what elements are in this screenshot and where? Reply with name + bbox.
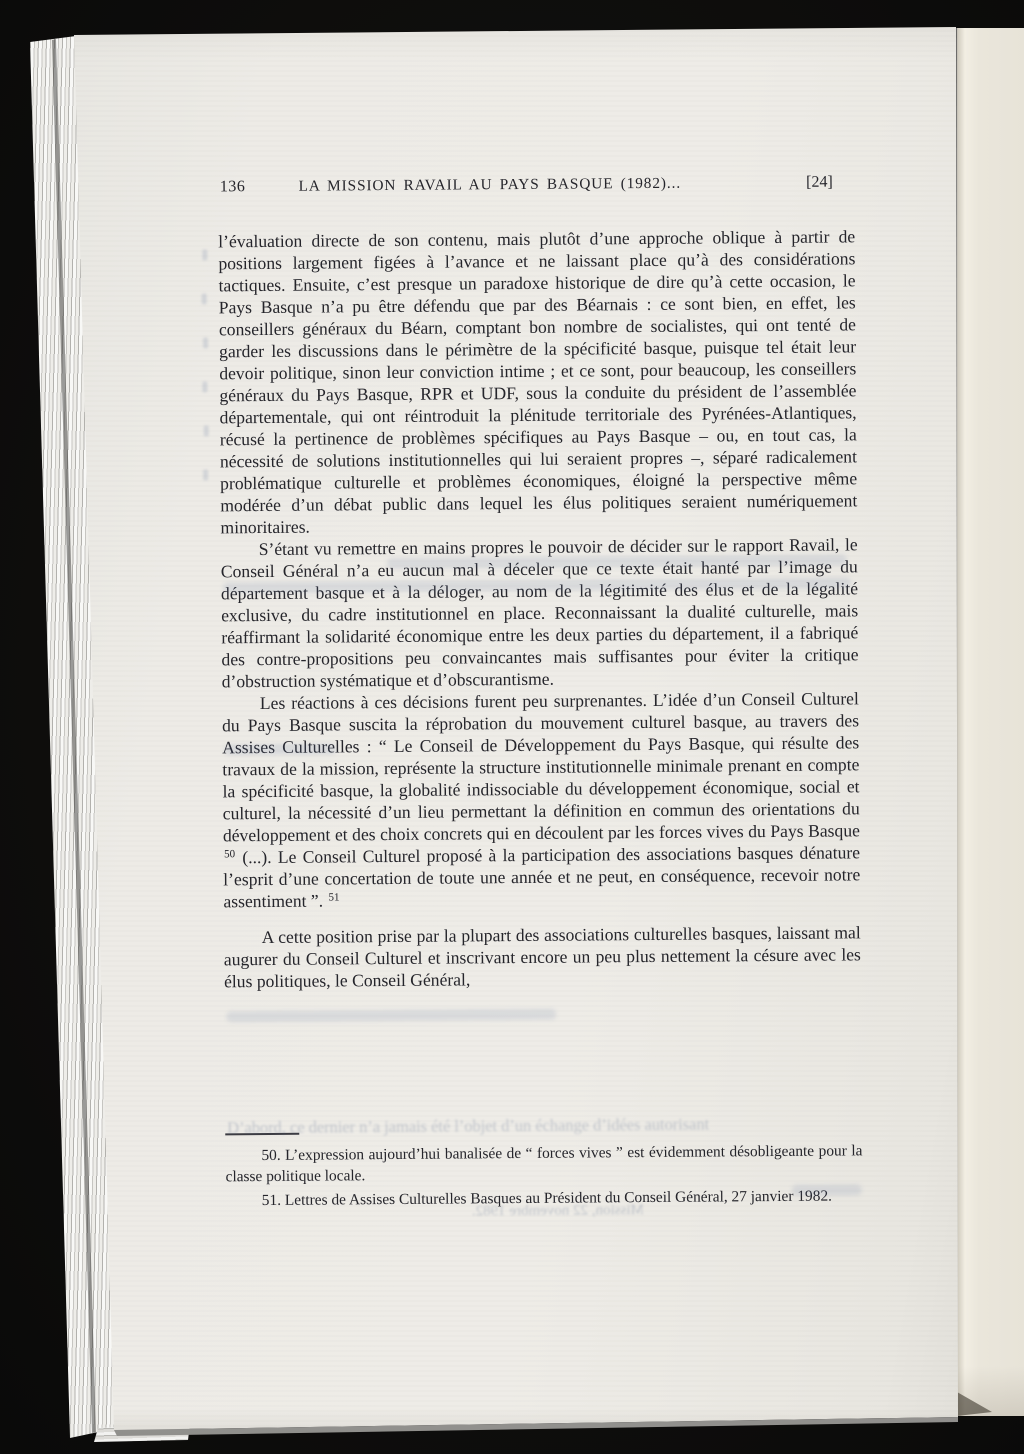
paragraph-3-text-continued: (...). Le Conseil Culturel proposé à la … [223,842,860,911]
paragraph-1: l’évaluation directe de son contenu, mai… [218,225,857,538]
body-text: l’évaluation directe de son contenu, mai… [218,225,861,992]
page-number: 136 [220,178,246,196]
footnote-marker-50: 50 [224,848,235,860]
footnote-marker-51: 51 [328,891,339,903]
footnote-51: 51. Lettres de Assises Culturelles Basqu… [226,1186,863,1212]
margin-reference: [24] [806,174,833,192]
paragraph-2: S’étant vu remettre en mains propres le … [221,533,859,692]
show-through-mark [202,249,207,260]
running-title: LA MISSION RAVAIL AU PAYS BASQUE (1982).… [298,175,681,196]
book-photo: 136 LA MISSION RAVAIL AU PAYS BASQUE (19… [0,0,1024,1454]
running-head: 136 LA MISSION RAVAIL AU PAYS BASQUE (19… [218,173,855,200]
footnotes: 50. L’expression aujourd’hui banalisée d… [225,1141,862,1212]
show-through-mark [203,469,208,480]
footnote-rule [225,1133,299,1136]
show-through-mark [204,425,209,436]
show-through-mark [202,293,207,304]
footnote-50: 50. L’expression aujourd’hui banalisée d… [225,1141,862,1187]
printed-content: 136 LA MISSION RAVAIL AU PAYS BASQUE (19… [0,0,1024,1454]
show-through-smear [226,1009,556,1023]
paragraph-3: Les réactions à ces décisions furent peu… [222,687,861,912]
paragraph-4: A cette position prise par la plupart de… [224,921,861,992]
show-through-text: D’abord, ce dernier n’a jamais été l’obj… [227,1113,861,1138]
paragraph-3-text: Les réactions à ces décisions furent peu… [222,688,860,845]
show-through-mark [202,381,207,392]
show-through-mark [203,337,208,348]
